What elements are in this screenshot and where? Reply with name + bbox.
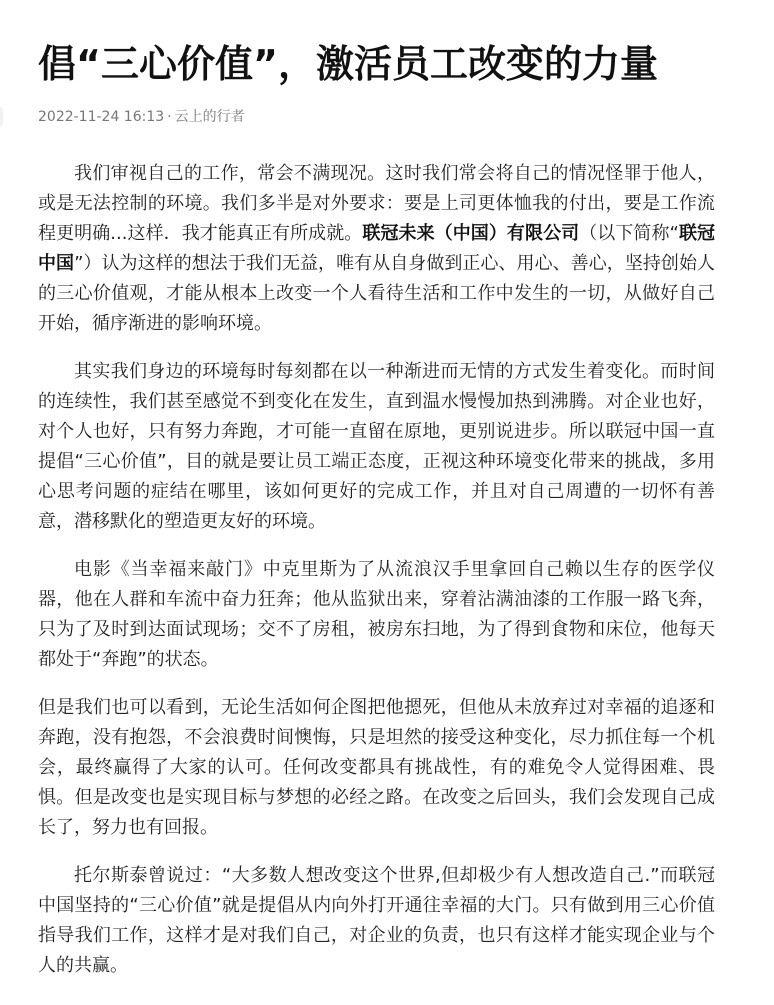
meta-separator: · [167, 109, 171, 125]
publish-date: 2022-11-24 16:13 [38, 109, 164, 125]
paragraph-3: 电影《当幸福来敲门》中克里斯为了从流浪汉手里拿回自己赖以生存的医学仪器，他在人群… [38, 555, 715, 675]
article-title: 倡“三心价值”，激活员工改变的力量 [38, 38, 715, 90]
company-name-bold: 联冠未来（中国）有限公司 [362, 223, 579, 244]
text-segment: 电影《当幸福来敲门》中克里斯为了从流浪汉手里拿回自己赖以生存的医学仪器，他在人群… [38, 559, 715, 670]
edge-scroll-marker [0, 106, 3, 128]
article-body: 我们审视自己的工作，常会不满现况。这时我们常会将自己的情况怪罪于他人，或是无法控… [38, 159, 715, 981]
paragraph-4: 但是我们也可以看到，无论生活如何企图把他摁死，但他从未放弃过对幸福的追逐和奔跑，… [38, 693, 715, 843]
text-segment: ”）认为这样的想法于我们无益，唯有从自身做到正心、用心、善心，坚持创始人的三心价… [38, 253, 715, 334]
paragraph-1: 我们审视自己的工作，常会不满现况。这时我们常会将自己的情况怪罪于他人，或是无法控… [38, 159, 715, 339]
author-link[interactable]: 云上的行者 [175, 109, 245, 125]
paragraph-2: 其实我们身边的环境每时每刻都在以一种渐进而无情的方式发生着变化。而时间的连续性，… [38, 357, 715, 537]
text-segment: 其实我们身边的环境每时每刻都在以一种渐进而无情的方式发生着变化。而时间的连续性，… [38, 361, 715, 532]
text-segment: 托尔斯泰曾说过：“大多数人想改变这个世界,但却极少有人想改造自己.”而联冠中国坚… [38, 865, 715, 976]
paragraph-5: 托尔斯泰曾说过：“大多数人想改变这个世界,但却极少有人想改造自己.”而联冠中国坚… [38, 861, 715, 981]
article-meta: 2022-11-24 16:13·云上的行者 [38, 107, 715, 127]
text-segment: 但是我们也可以看到，无论生活如何企图把他摁死，但他从未放弃过对幸福的追逐和奔跑，… [38, 697, 715, 838]
article: 倡“三心价值”，激活员工改变的力量 2022-11-24 16:13·云上的行者… [38, 38, 715, 999]
text-segment: （以下简称“ [579, 223, 679, 244]
